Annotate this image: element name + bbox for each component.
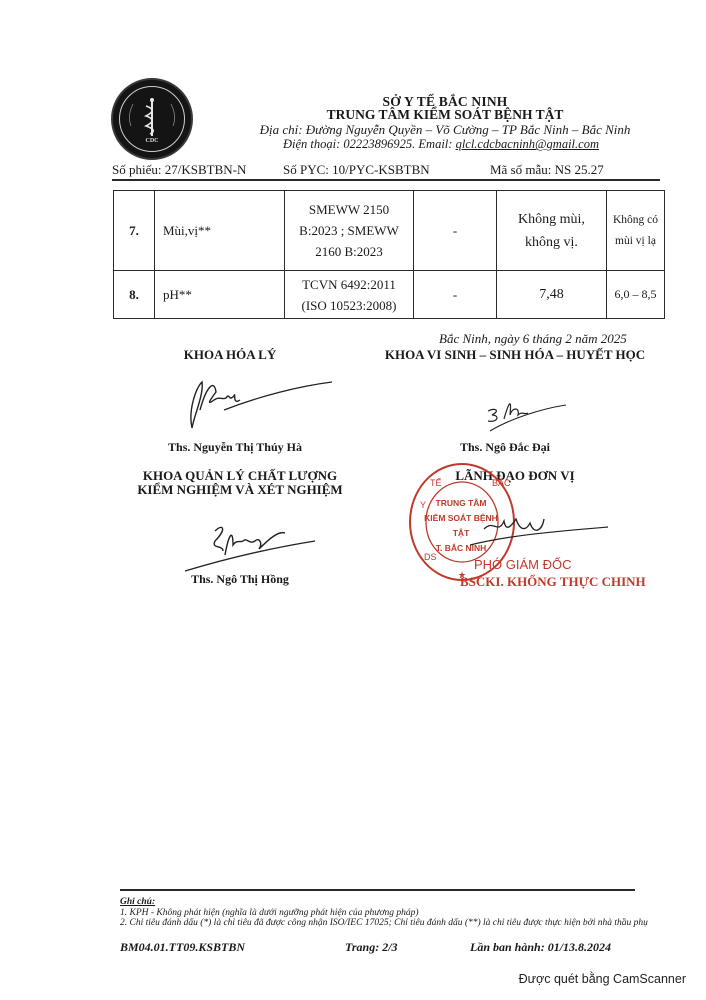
signer-qlcl: Ths. Ngô Thị Hồng [170,572,310,587]
limit-value: 6,0 – 8,5 [607,271,665,319]
so-pyc: Số PYC: 10/PYC-KSBTBN [283,162,430,178]
result-value: Không mùi, không vị. [497,191,607,271]
page-number: Trang: 2/3 [345,940,398,955]
signature-mark [470,385,570,440]
so-phieu: Số phiếu: 27/KSBTBN-N [112,162,246,178]
date-line: Bắc Ninh, ngày 6 tháng 2 năm 2025 [439,331,627,347]
unit: - [414,271,497,319]
signature-mark [170,370,340,435]
phone-label: Điện thoại: 02223896925. Email: [283,137,456,151]
limit-value: Không có mùi vị lạ [607,191,665,271]
results-table: 7. Mùi,vị** SMEWW 2150 B:2023 ; SMEWW 21… [113,190,665,319]
test-method: SMEWW 2150 B:2023 ; SMEWW 2160 B:2023 [285,191,414,271]
test-method: TCVN 6492:2011 (ISO 10523:2008) [285,271,414,319]
notes: Ghi chú: 1. KPH - Không phát hiện (nghĩa… [120,897,660,929]
note-item: 1. KPH - Không phát hiện (nghĩa là dưới … [120,908,660,919]
form-code: BM04.01.TT09.KSBTBN [120,940,245,955]
svg-text:BẮC: BẮC [492,478,511,488]
table-row: 7. Mùi,vị** SMEWW 2150 B:2023 ; SMEWW 21… [114,191,665,271]
row-number: 8. [114,271,155,319]
result-value: 7,48 [497,271,607,319]
organization-logo: CDC [111,78,193,160]
signature-mark [470,505,610,555]
email-link[interactable]: qlcl.cdcbacninh@gmail.com [456,137,599,151]
signer-hoa-ly: Ths. Nguyễn Thị Thúy Hà [150,440,320,455]
section-title-vi-sinh: KHOA VI SINH – SINH HÓA – HUYẾT HỌC [370,347,660,363]
signature-mark [175,515,325,575]
position-title: PHÓ GIÁM ĐỐC [474,557,572,572]
contact-line: Điện thoại: 02223896925. Email: qlcl.cdc… [226,137,656,152]
section-title-qlcl-2: KIỂM NGHIỆM VÀ XÉT NGHIỆM [130,482,350,498]
address: Địa chỉ: Đường Nguyễn Quyền – Võ Cường –… [230,122,660,138]
notes-divider [120,889,635,891]
notes-heading: Ghi chú: [120,897,660,908]
signer-lanh-dao: BSCKI. KHỔNG THỰC CHINH [460,574,646,590]
issue-info: Lần ban hành: 01/13.8.2024 [470,940,611,955]
parameter-name: Mùi,vị** [155,191,285,271]
signer-vi-sinh: Ths. Ngô Đắc Đại [440,440,570,455]
organization-title: TRUNG TÂM KIỂM SOÁT BỆNH TẬT [230,107,660,123]
table-row: 8. pH** TCVN 6492:2011 (ISO 10523:2008) … [114,271,665,319]
header-divider [112,179,660,181]
note-item: 2. Chỉ tiêu đánh dấu (*) là chỉ tiêu đã … [120,918,660,929]
unit: - [414,191,497,271]
parameter-name: pH** [155,271,285,319]
logo-caption: CDC [113,138,191,144]
svg-text:TẾ: TẾ [430,478,442,488]
ma-so-mau: Mã số mẫu: NS 25.27 [490,162,604,178]
camscanner-watermark: Được quét bằng CamScanner [519,972,686,986]
section-title-hoa-ly: KHOA HÓA LÝ [150,347,310,363]
row-number: 7. [114,191,155,271]
caduceus-seal-icon [113,80,191,158]
